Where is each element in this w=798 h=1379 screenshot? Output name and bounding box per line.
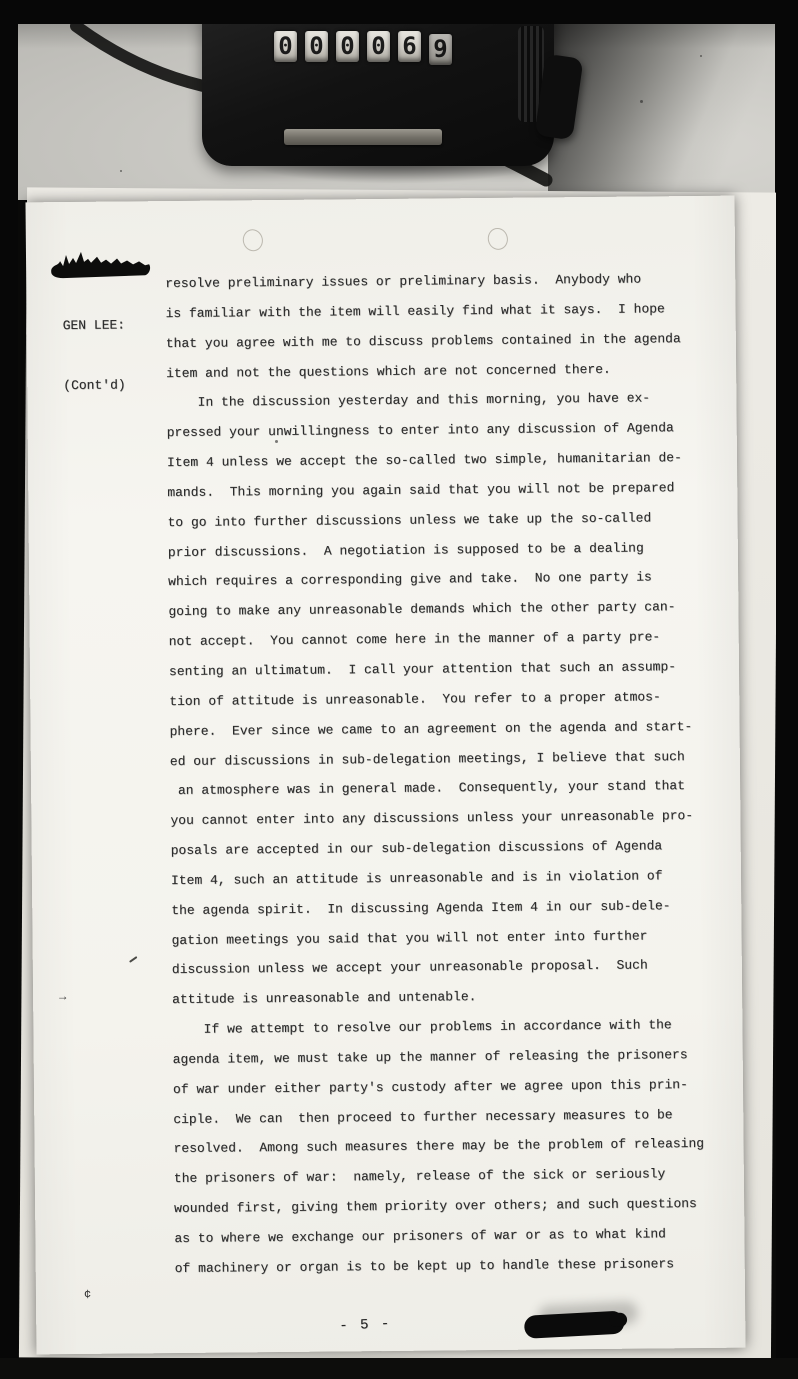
bottom-redaction-mark bbox=[524, 1311, 625, 1339]
counter-digit: 0 bbox=[274, 31, 297, 62]
film-speck bbox=[700, 55, 702, 57]
counter-digit: 6 bbox=[398, 31, 421, 62]
film-speck bbox=[640, 100, 643, 103]
film-speck bbox=[120, 170, 122, 172]
text-line: tion of attitude is unreasonable. You re… bbox=[169, 682, 721, 717]
film-speck bbox=[275, 440, 278, 443]
film-edge-right bbox=[776, 0, 798, 1379]
pen-speck bbox=[129, 956, 137, 963]
speaker-name: GEN LEE: bbox=[63, 315, 126, 336]
counter-digit: 0 bbox=[367, 31, 390, 62]
text-line: Item 4, such an attitude is unreasonable… bbox=[171, 861, 723, 896]
film-edge-left bbox=[0, 0, 18, 1379]
speaker-label: GEN LEE: (Cont'd) bbox=[62, 275, 126, 436]
counter-digits: 000069 bbox=[274, 31, 452, 62]
plate-engraving bbox=[298, 135, 428, 137]
text-line: phere. Ever since we came to an agreemen… bbox=[169, 711, 721, 746]
paragraph: In the discussion yesterday and this mor… bbox=[166, 383, 724, 1015]
text-line: the agenda spirit. In discussing Agenda … bbox=[171, 890, 723, 925]
document-page: GEN LEE: (Cont'd) resolve preliminary is… bbox=[25, 196, 745, 1355]
text-line: mands. This morning you again said that … bbox=[167, 473, 719, 508]
text-line: discussion unless we accept your unreaso… bbox=[172, 950, 724, 985]
text-line: is familiar with the item will easily fi… bbox=[165, 294, 717, 329]
document-body: resolve preliminary issues or preliminar… bbox=[165, 264, 727, 1284]
film-edge-top bbox=[0, 0, 798, 24]
counter-digit: 0 bbox=[336, 31, 359, 62]
text-line: of war under either party's custody afte… bbox=[173, 1070, 725, 1105]
paragraph: If we attempt to resolve our problems in… bbox=[172, 1010, 727, 1284]
speaker-continued: (Cont'd) bbox=[63, 375, 126, 396]
hole-punch-mark bbox=[486, 226, 510, 252]
text-line: that you agree with me to discuss proble… bbox=[166, 323, 718, 358]
hole-punch-mark bbox=[241, 227, 265, 253]
paragraph: resolve preliminary issues or preliminar… bbox=[165, 264, 718, 389]
microfilm-frame: 000069 GEN LEE: (Cont'd) resolve prelimi… bbox=[0, 0, 798, 1379]
text-line: of machinery or organ is to be kept up t… bbox=[175, 1249, 727, 1284]
text-line: to go into further discussions unless we… bbox=[167, 503, 719, 538]
counter-label-plate bbox=[284, 129, 442, 145]
counter-digit: 0 bbox=[305, 31, 328, 62]
stray-mark: ¢ bbox=[84, 1288, 91, 1302]
page-number: - 5 - bbox=[339, 1316, 392, 1334]
counter-digit: 9 bbox=[429, 34, 452, 65]
margin-arrow-mark: → bbox=[59, 990, 66, 1004]
film-edge-bottom bbox=[0, 1358, 798, 1379]
